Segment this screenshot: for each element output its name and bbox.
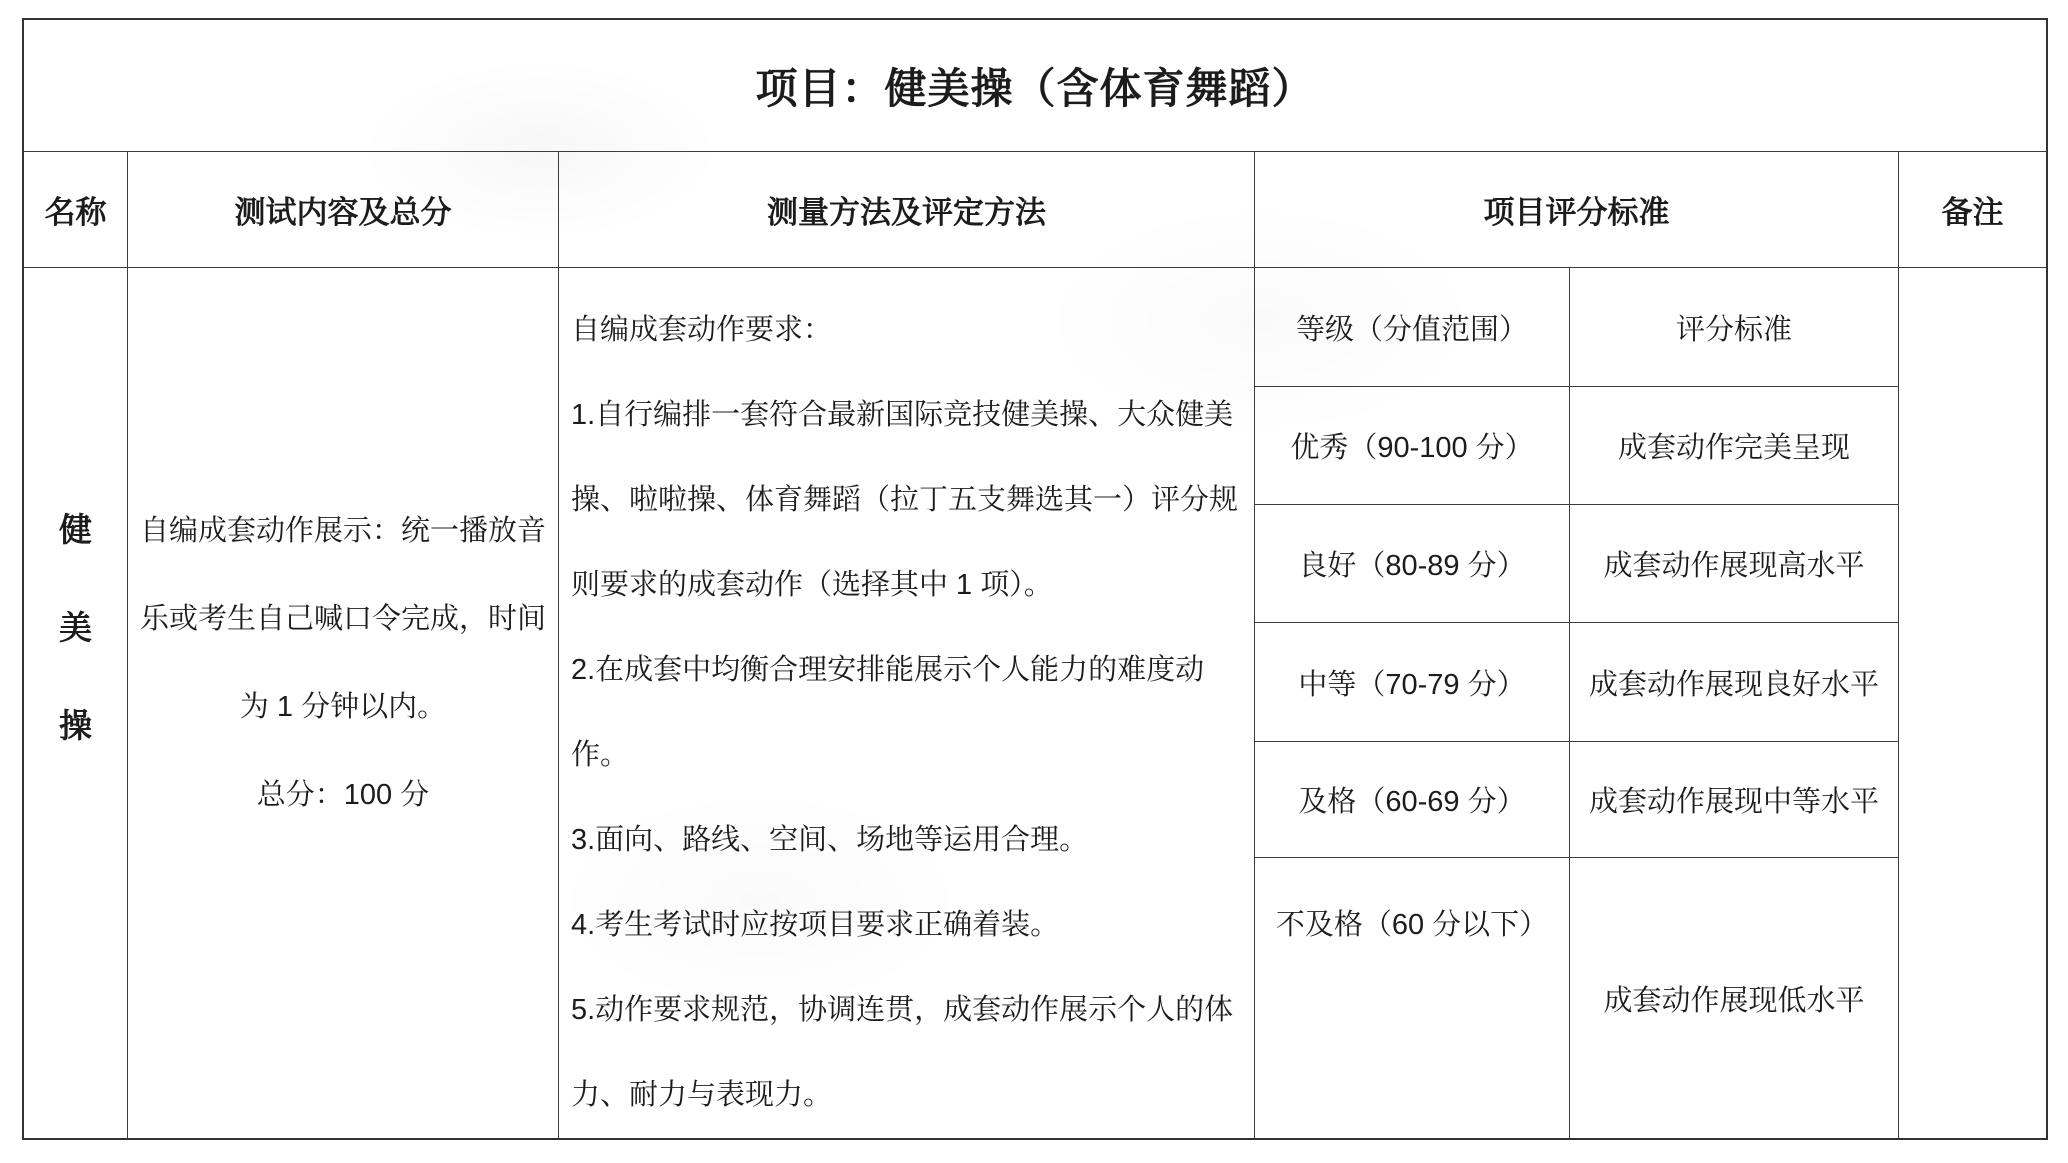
name-char: 操	[59, 677, 92, 775]
standard-cell: 成套动作展现高水平	[1570, 505, 1899, 623]
header-name: 名称	[24, 152, 128, 268]
standard-header-cell: 评分标准	[1570, 268, 1899, 387]
standard-cell: 成套动作展现中等水平	[1570, 742, 1899, 858]
header-scoring: 项目评分标准	[1255, 152, 1899, 268]
header-remarks: 备注	[1899, 152, 2046, 268]
assessment-table: 项目：健美操（含体育舞蹈） 名称 测试内容及总分 测量方法及评定方法 项目评分标…	[22, 18, 2048, 1140]
standard-cell: 成套动作展现良好水平	[1570, 623, 1899, 742]
event-name-cell: 健 美 操	[24, 268, 128, 1138]
header-method: 测量方法及评定方法	[559, 152, 1255, 268]
header-test-content: 测试内容及总分	[128, 152, 559, 268]
method-paragraph: 2.在成套中均衡合理安排能展示个人能力的难度动作。	[571, 628, 1240, 798]
standard-cell: 成套动作展现低水平	[1570, 858, 1899, 1138]
name-char: 美	[59, 579, 92, 677]
grade-cell: 不及格（60 分以下）	[1255, 858, 1570, 1138]
method-paragraph: 5.动作要求规范，协调连贯，成套动作展示个人的体力、耐力与表现力。	[571, 968, 1240, 1138]
method-cell: 自编成套动作要求： 1.自行编排一套符合最新国际竞技健美操、大众健美操、啦啦操、…	[559, 268, 1255, 1138]
grade-cell: 优秀（90-100 分）	[1255, 387, 1570, 505]
method-paragraph: 3.面向、路线、空间、场地等运用合理。	[571, 798, 1240, 883]
document-page: 项目：健美操（含体育舞蹈） 名称 测试内容及总分 测量方法及评定方法 项目评分标…	[0, 0, 2068, 1163]
test-content-cell: 自编成套动作展示：统一播放音乐或考生自己喊口令完成，时间为 1 分钟以内。 总分…	[128, 268, 559, 1138]
remarks-cell	[1899, 268, 2046, 1138]
grade-header-cell: 等级（分值范围）	[1255, 268, 1570, 387]
method-paragraph: 1.自行编排一套符合最新国际竞技健美操、大众健美操、啦啦操、体育舞蹈（拉丁五支舞…	[571, 373, 1240, 628]
method-paragraph: 自编成套动作要求：	[571, 288, 1240, 373]
method-paragraph: 4.考生考试时应按项目要求正确着装。	[571, 883, 1240, 968]
page-title: 项目：健美操（含体育舞蹈）	[24, 20, 2046, 152]
name-char: 健	[59, 481, 92, 579]
grade-cell: 中等（70-79 分）	[1255, 623, 1570, 742]
test-content-description: 自编成套动作展示：统一播放音乐或考生自己喊口令完成，时间为 1 分钟以内。	[139, 487, 547, 751]
grade-cell: 良好（80-89 分）	[1255, 505, 1570, 623]
grade-cell: 及格（60-69 分）	[1255, 742, 1570, 858]
total-score-text: 总分：100 分	[139, 751, 547, 839]
standard-cell: 成套动作完美呈现	[1570, 387, 1899, 505]
